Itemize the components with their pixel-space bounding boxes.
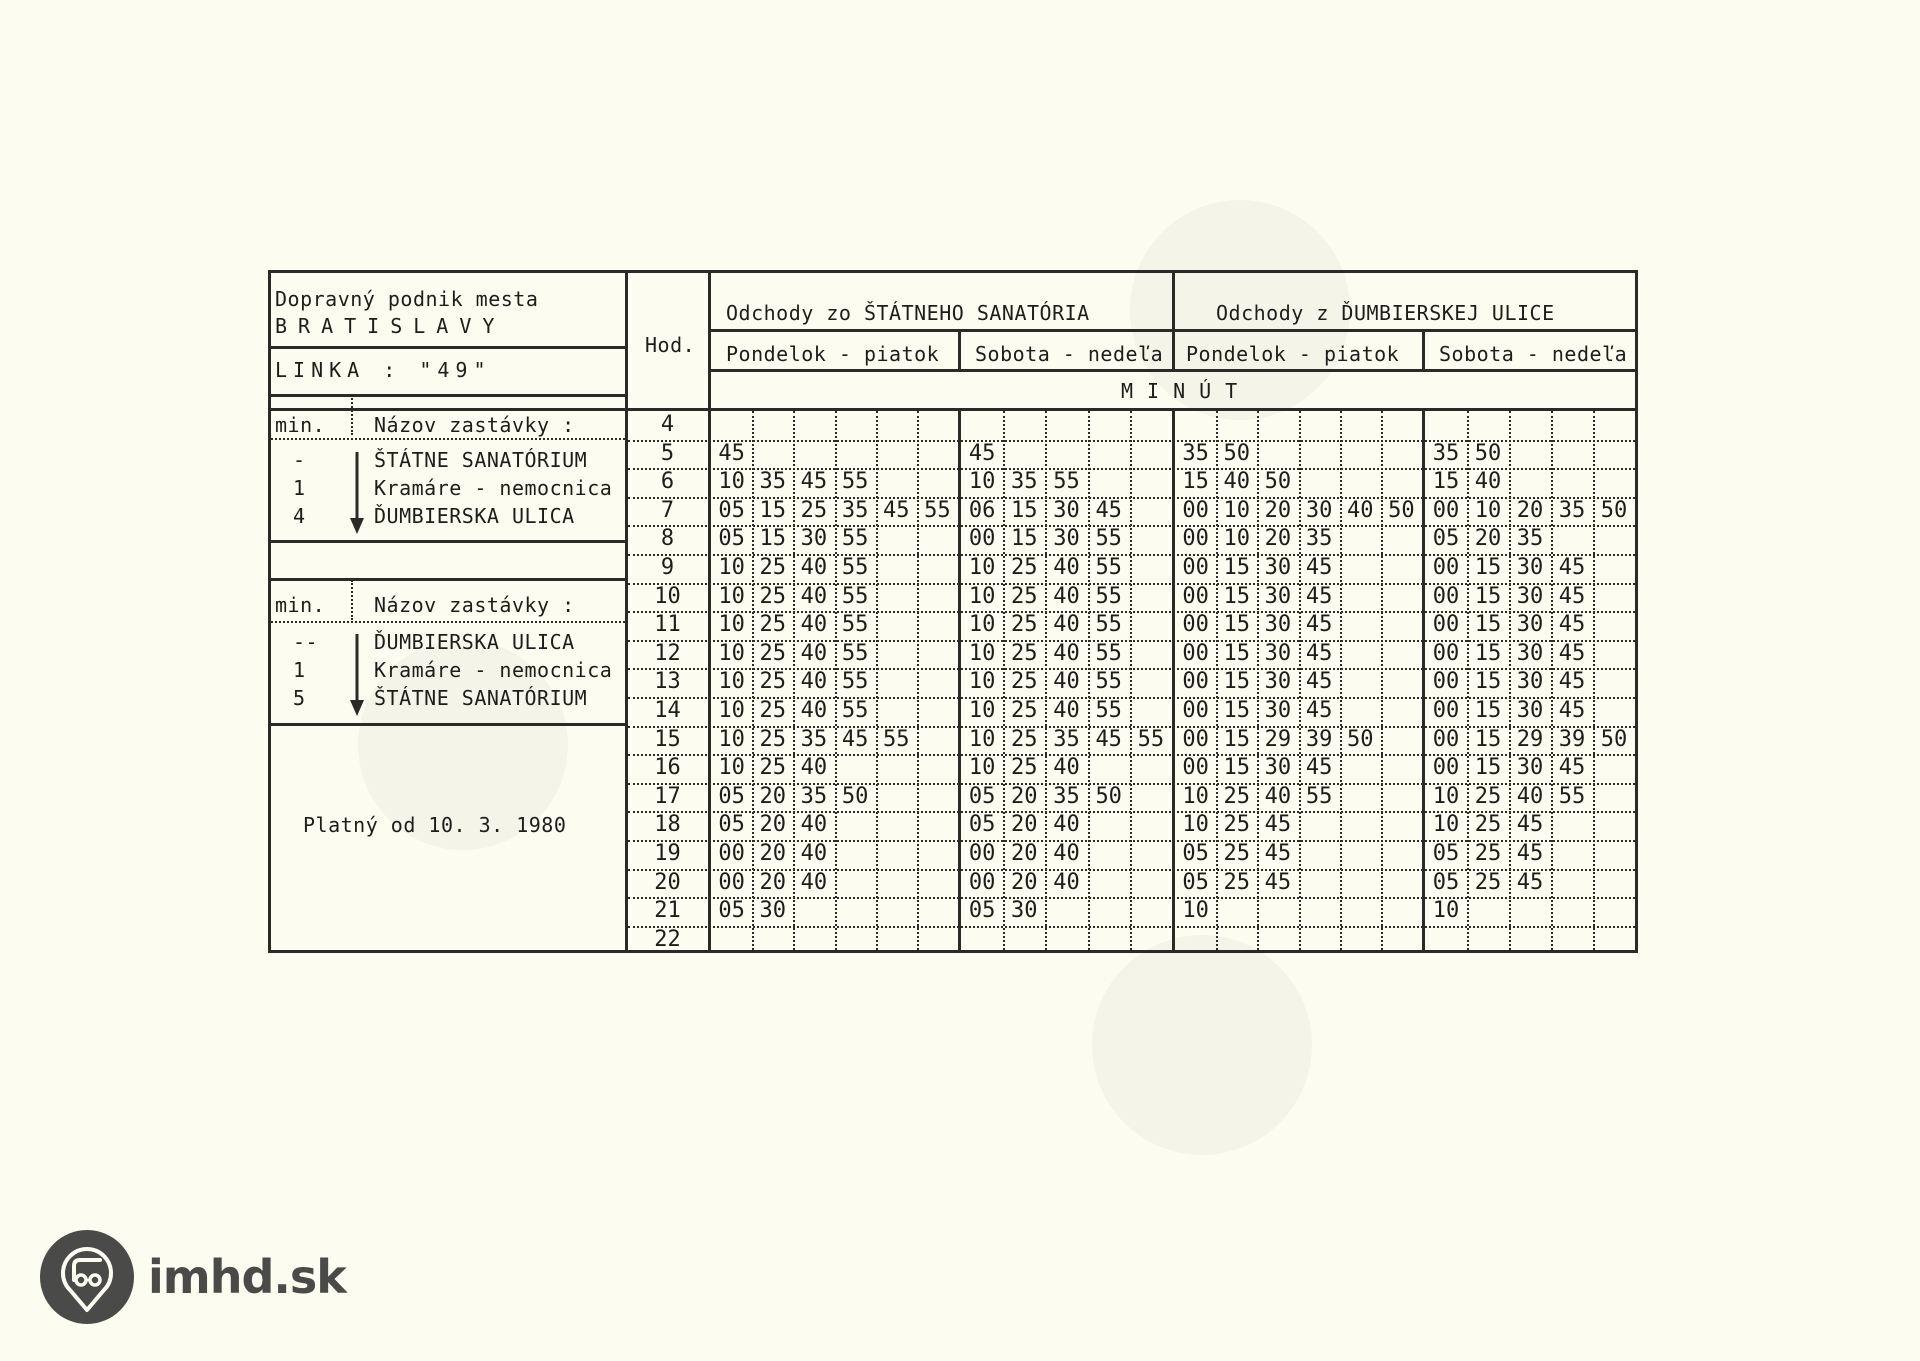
stop-name: ŠTÁTNE SANATÓRIUM xyxy=(374,686,587,710)
departure-minute: 10 xyxy=(961,726,1003,754)
departure-minute: 45 xyxy=(1509,811,1551,839)
departure-minute: 35 xyxy=(1509,525,1551,553)
hour-label: 18 xyxy=(625,811,710,839)
hour-label: 8 xyxy=(625,525,710,553)
day-weekend-1: Sobota - nedeľa xyxy=(975,342,1163,366)
departure-minute: 15 xyxy=(752,497,793,525)
departure-minute: 10 xyxy=(711,468,752,496)
departure-minute: 10 xyxy=(711,640,752,668)
stop-minutes: 1 xyxy=(293,658,306,682)
departure-minute: 25 xyxy=(752,668,793,696)
departure-minute: 30 xyxy=(1509,554,1551,582)
departure-minute: 35 xyxy=(793,783,834,811)
day-weekday-1: Pondelok - piatok xyxy=(726,342,939,366)
departure-minute: 25 xyxy=(1467,783,1509,811)
departure-minute: 20 xyxy=(1003,811,1045,839)
departure-minute: 40 xyxy=(793,697,834,725)
valid-from: Platný od 10. 3. 1980 xyxy=(303,813,566,837)
departure-minute: 40 xyxy=(793,554,834,582)
departure-minute: 25 xyxy=(752,726,793,754)
departure-minute: 50 xyxy=(1593,726,1635,754)
departure-minute: 50 xyxy=(1216,440,1257,468)
departure-minute: 40 xyxy=(1045,583,1087,611)
departure-minute: 55 xyxy=(835,668,876,696)
departure-minute: 40 xyxy=(1045,668,1087,696)
departure-minute: 25 xyxy=(1216,840,1257,868)
departure-minute: 10 xyxy=(711,583,752,611)
departure-minute: 15 xyxy=(1467,668,1509,696)
day-weekday-2: Pondelok - piatok xyxy=(1186,342,1399,366)
departure-minute: 35 xyxy=(1045,726,1087,754)
departure-minute: 45 xyxy=(1551,583,1593,611)
departure-minute: 45 xyxy=(1551,754,1593,782)
departure-minute: 30 xyxy=(752,897,793,925)
departure-minute: 30 xyxy=(1509,583,1551,611)
departure-minute: 40 xyxy=(793,754,834,782)
departure-minute: 35 xyxy=(1175,440,1216,468)
departure-minute: 00 xyxy=(1175,497,1216,525)
stop-minutes: 4 xyxy=(293,504,306,528)
departure-minute: 10 xyxy=(711,697,752,725)
stop-name: ĎUMBIERSKA ULICA xyxy=(374,504,575,528)
departure-minute: 00 xyxy=(961,869,1003,897)
departure-minute: 10 xyxy=(961,640,1003,668)
departure-minute: 30 xyxy=(1045,497,1087,525)
departure-minute: 25 xyxy=(793,497,834,525)
departure-minute: 10 xyxy=(711,668,752,696)
stop-name: ĎUMBIERSKA ULICA xyxy=(374,630,575,654)
departure-minute: 05 xyxy=(1425,525,1467,553)
departure-minute: 30 xyxy=(1003,897,1045,925)
departure-minute: 00 xyxy=(1425,554,1467,582)
departure-minute: 30 xyxy=(1257,611,1298,639)
departure-minute: 30 xyxy=(1509,640,1551,668)
departure-minute: 30 xyxy=(1257,697,1298,725)
departure-minute: 40 xyxy=(793,583,834,611)
departure-minute: 25 xyxy=(1467,840,1509,868)
departure-minute: 25 xyxy=(1003,754,1045,782)
departure-minute: 45 xyxy=(711,440,752,468)
departure-minute: 45 xyxy=(876,497,917,525)
departure-minute: 00 xyxy=(1425,583,1467,611)
departure-minute: 45 xyxy=(1299,697,1340,725)
hour-label: 10 xyxy=(625,583,710,611)
departure-minute: 30 xyxy=(1509,668,1551,696)
departure-minute: 30 xyxy=(793,525,834,553)
departure-minute: 55 xyxy=(1299,783,1340,811)
hour-label: 15 xyxy=(625,726,710,754)
departure-minute: 45 xyxy=(1299,611,1340,639)
departure-minute: 05 xyxy=(1175,869,1216,897)
departure-minute: 40 xyxy=(1216,468,1257,496)
departure-minute: 40 xyxy=(793,840,834,868)
stop-minutes: - xyxy=(293,448,306,472)
departure-minute: 55 xyxy=(835,554,876,582)
departure-minute: 50 xyxy=(1088,783,1130,811)
departure-minute: 40 xyxy=(1045,554,1087,582)
stop-minutes: 1 xyxy=(293,476,306,500)
departure-minute: 45 xyxy=(1509,869,1551,897)
departure-minute: 30 xyxy=(1045,525,1087,553)
departure-minute: 55 xyxy=(835,525,876,553)
direction-title-dumbierska: Odchody z ĎUMBIERSKEJ ULICE xyxy=(1216,301,1555,325)
departure-minute: 50 xyxy=(1593,497,1635,525)
departure-minute: 15 xyxy=(1467,611,1509,639)
departure-minute: 00 xyxy=(1175,754,1216,782)
departure-minute: 50 xyxy=(1257,468,1298,496)
departure-minute: 15 xyxy=(1467,640,1509,668)
departure-minute: 15 xyxy=(1216,640,1257,668)
departure-minute: 15 xyxy=(1003,525,1045,553)
departure-minute: 55 xyxy=(835,697,876,725)
departure-minute: 35 xyxy=(793,726,834,754)
min-header: min. xyxy=(275,413,325,437)
departure-minute: 45 xyxy=(1088,726,1130,754)
departure-minute: 50 xyxy=(1340,726,1381,754)
departure-minute: 45 xyxy=(1299,640,1340,668)
departure-minute: 25 xyxy=(1003,697,1045,725)
departure-minute: 40 xyxy=(1257,783,1298,811)
departure-minute: 05 xyxy=(1175,840,1216,868)
departure-minute: 20 xyxy=(1003,869,1045,897)
departure-minute: 25 xyxy=(1003,583,1045,611)
departure-minute: 00 xyxy=(711,869,752,897)
departure-minute: 05 xyxy=(711,811,752,839)
departure-minute: 40 xyxy=(1045,640,1087,668)
departure-minute: 25 xyxy=(1216,869,1257,897)
departure-minute: 25 xyxy=(1003,611,1045,639)
departure-minute: 05 xyxy=(961,783,1003,811)
departure-minute: 20 xyxy=(1003,840,1045,868)
departure-minute: 15 xyxy=(1216,554,1257,582)
departure-minute: 30 xyxy=(1509,697,1551,725)
departure-minute: 10 xyxy=(961,468,1003,496)
departure-minute: 39 xyxy=(1551,726,1593,754)
departure-minute: 20 xyxy=(752,783,793,811)
departure-minute: 30 xyxy=(1257,554,1298,582)
departure-minute: 10 xyxy=(711,726,752,754)
departure-minute: 29 xyxy=(1509,726,1551,754)
departure-minute: 55 xyxy=(1551,783,1593,811)
departure-minute: 55 xyxy=(1088,697,1130,725)
departure-minute: 55 xyxy=(835,611,876,639)
minutes-header: MINÚT xyxy=(1121,379,1251,403)
departure-minute: 10 xyxy=(961,611,1003,639)
departure-minute: 55 xyxy=(1088,611,1130,639)
departure-minute: 20 xyxy=(1257,497,1298,525)
direction-arrow-icon xyxy=(349,452,365,540)
departure-minute: 25 xyxy=(1467,811,1509,839)
hour-header: Hod. xyxy=(645,333,695,357)
departure-minute: 35 xyxy=(1003,468,1045,496)
departure-minute: 45 xyxy=(1551,697,1593,725)
departure-minute: 40 xyxy=(793,811,834,839)
departure-minute: 30 xyxy=(1257,668,1298,696)
day-weekend-2: Sobota - nedeľa xyxy=(1439,342,1627,366)
departure-minute: 55 xyxy=(876,726,917,754)
departure-minute: 00 xyxy=(1425,697,1467,725)
departure-minute: 35 xyxy=(1299,525,1340,553)
hour-label: 17 xyxy=(625,783,710,811)
departure-minute: 35 xyxy=(752,468,793,496)
departure-minute: 25 xyxy=(752,611,793,639)
departure-minute: 10 xyxy=(961,668,1003,696)
company-city: BRATISLAVY xyxy=(275,314,505,338)
departure-minute: 00 xyxy=(1425,668,1467,696)
company-name: Dopravný podnik mesta xyxy=(275,287,538,311)
departure-minute: 15 xyxy=(1216,583,1257,611)
brand-name: imhd.sk xyxy=(148,1250,346,1304)
departure-minute: 35 xyxy=(1551,497,1593,525)
departure-minute: 20 xyxy=(752,869,793,897)
departure-minute: 10 xyxy=(1425,811,1467,839)
departure-minute: 45 xyxy=(1551,668,1593,696)
departure-minute: 15 xyxy=(1216,754,1257,782)
departure-minute: 15 xyxy=(1467,554,1509,582)
departure-minute: 00 xyxy=(1175,583,1216,611)
departure-minute: 25 xyxy=(752,583,793,611)
hour-label: 9 xyxy=(625,554,710,582)
stop-name: ŠTÁTNE SANATÓRIUM xyxy=(374,448,587,472)
departure-minute: 55 xyxy=(1088,668,1130,696)
departure-minute: 25 xyxy=(752,640,793,668)
departure-minute: 00 xyxy=(1175,726,1216,754)
departure-minute: 45 xyxy=(1257,811,1298,839)
departure-minute: 15 xyxy=(1216,726,1257,754)
stop-header: Názov zastávky : xyxy=(374,593,575,617)
departure-minute: 25 xyxy=(1003,668,1045,696)
departure-minute: 25 xyxy=(1467,869,1509,897)
stop-minutes: -- xyxy=(293,630,318,654)
departure-minute: 00 xyxy=(1425,497,1467,525)
departure-minute: 30 xyxy=(1257,754,1298,782)
departure-minute: 45 xyxy=(961,440,1003,468)
departure-minute: 05 xyxy=(961,897,1003,925)
departure-minute: 45 xyxy=(1257,869,1298,897)
departure-minute: 55 xyxy=(835,640,876,668)
departure-minute: 00 xyxy=(1175,640,1216,668)
departure-minute: 30 xyxy=(1299,497,1340,525)
departure-minute: 10 xyxy=(1216,497,1257,525)
departure-minute: 40 xyxy=(1045,869,1087,897)
departure-minute: 40 xyxy=(1045,811,1087,839)
departure-minute: 29 xyxy=(1257,726,1298,754)
departure-minute: 45 xyxy=(1088,497,1130,525)
departure-minute: 45 xyxy=(1551,554,1593,582)
stop-name: Kramáre - nemocnica xyxy=(374,476,612,500)
departure-minute: 05 xyxy=(711,897,752,925)
departure-minute: 05 xyxy=(1425,869,1467,897)
hour-label: 21 xyxy=(625,897,710,925)
departure-minute: 25 xyxy=(1216,811,1257,839)
departure-minute: 40 xyxy=(1045,840,1087,868)
departure-minute: 20 xyxy=(752,811,793,839)
hour-label: 14 xyxy=(625,697,710,725)
departure-minute: 40 xyxy=(793,869,834,897)
departure-minute: 20 xyxy=(1509,497,1551,525)
departure-minute: 10 xyxy=(1175,783,1216,811)
departure-minute: 15 xyxy=(1467,697,1509,725)
hour-label: 4 xyxy=(625,411,710,439)
departure-minute: 45 xyxy=(835,726,876,754)
hour-label: 5 xyxy=(625,440,710,468)
departure-minute: 00 xyxy=(1175,611,1216,639)
departure-minute: 25 xyxy=(752,554,793,582)
departure-minute: 00 xyxy=(1175,554,1216,582)
stop-minutes: 5 xyxy=(293,686,306,710)
departure-minute: 00 xyxy=(711,840,752,868)
departure-minute: 30 xyxy=(1257,640,1298,668)
departure-minute: 05 xyxy=(711,783,752,811)
departure-minute: 00 xyxy=(1425,611,1467,639)
departure-minute: 45 xyxy=(1299,583,1340,611)
departure-minute: 50 xyxy=(1381,497,1422,525)
departure-minute: 06 xyxy=(961,497,1003,525)
departure-minute: 15 xyxy=(1003,497,1045,525)
departure-minute: 15 xyxy=(1216,697,1257,725)
departure-minute: 00 xyxy=(961,525,1003,553)
departure-minute: 00 xyxy=(1425,754,1467,782)
departure-minute: 40 xyxy=(793,611,834,639)
departure-minute: 30 xyxy=(1257,583,1298,611)
departure-minute: 35 xyxy=(1425,440,1467,468)
departure-minute: 05 xyxy=(961,811,1003,839)
departure-minute: 45 xyxy=(1299,754,1340,782)
departure-minute: 10 xyxy=(961,697,1003,725)
direction-title-sanatorium: Odchody zo ŠTÁTNEHO SANATÓRIA xyxy=(726,301,1090,325)
departure-minute: 10 xyxy=(1216,525,1257,553)
hour-label: 12 xyxy=(625,640,710,668)
departure-minute: 05 xyxy=(711,497,752,525)
departure-minute: 55 xyxy=(1130,726,1172,754)
departure-minute: 25 xyxy=(1003,640,1045,668)
hour-label: 7 xyxy=(625,497,710,525)
departure-minute: 10 xyxy=(961,754,1003,782)
hour-label: 19 xyxy=(625,840,710,868)
departure-minute: 10 xyxy=(711,754,752,782)
stop-name: Kramáre - nemocnica xyxy=(374,658,612,682)
departure-minute: 00 xyxy=(1425,640,1467,668)
imhd-logo: imhd.sk xyxy=(40,1230,346,1324)
line-number: LINKA : "49" xyxy=(275,358,492,382)
departure-minute: 40 xyxy=(1509,783,1551,811)
hour-label: 20 xyxy=(625,869,710,897)
departure-minute: 35 xyxy=(835,497,876,525)
departure-minute: 25 xyxy=(1003,554,1045,582)
hour-label: 22 xyxy=(625,926,710,954)
hour-label: 6 xyxy=(625,468,710,496)
departure-minute: 00 xyxy=(1175,697,1216,725)
departure-minute: 35 xyxy=(1045,783,1087,811)
departure-minute: 10 xyxy=(1175,811,1216,839)
departure-minute: 15 xyxy=(1467,754,1509,782)
departure-minute: 40 xyxy=(793,640,834,668)
departure-minute: 15 xyxy=(1425,468,1467,496)
departure-minute: 45 xyxy=(1509,840,1551,868)
departure-minute: 45 xyxy=(1551,611,1593,639)
departure-minute: 10 xyxy=(711,611,752,639)
hour-label: 16 xyxy=(625,754,710,782)
departure-minute: 45 xyxy=(1299,554,1340,582)
departure-minute: 10 xyxy=(711,554,752,582)
min-header: min. xyxy=(275,593,325,617)
imhd-pin-bus-icon xyxy=(40,1230,134,1324)
departure-minute: 55 xyxy=(1088,554,1130,582)
departure-minute: 00 xyxy=(1425,726,1467,754)
departure-minute: 10 xyxy=(1425,897,1467,925)
departure-minute: 40 xyxy=(1467,468,1509,496)
departure-minute: 00 xyxy=(961,840,1003,868)
departure-minute: 20 xyxy=(1003,783,1045,811)
departure-minute: 10 xyxy=(1425,783,1467,811)
departure-minute: 20 xyxy=(752,840,793,868)
departure-minute: 55 xyxy=(835,583,876,611)
departure-minute: 20 xyxy=(1467,525,1509,553)
departure-minute: 10 xyxy=(1467,497,1509,525)
departure-minute: 20 xyxy=(1257,525,1298,553)
departure-minute: 00 xyxy=(1175,525,1216,553)
departure-minute: 40 xyxy=(1045,697,1087,725)
departure-minute: 05 xyxy=(1425,840,1467,868)
departure-minute: 40 xyxy=(1045,611,1087,639)
departure-minute: 40 xyxy=(793,668,834,696)
departure-minute: 25 xyxy=(1003,726,1045,754)
departure-minute: 25 xyxy=(752,697,793,725)
departure-minute: 15 xyxy=(1467,726,1509,754)
departure-minute: 00 xyxy=(1175,668,1216,696)
departure-minute: 55 xyxy=(1088,640,1130,668)
departure-minute: 10 xyxy=(1175,897,1216,925)
departure-minute: 15 xyxy=(1175,468,1216,496)
departure-minute: 55 xyxy=(835,468,876,496)
hour-label: 13 xyxy=(625,668,710,696)
departure-minute: 45 xyxy=(1299,668,1340,696)
departure-minute: 25 xyxy=(752,754,793,782)
departure-minute: 10 xyxy=(961,583,1003,611)
departure-minute: 15 xyxy=(752,525,793,553)
departure-minute: 45 xyxy=(1551,640,1593,668)
departure-minute: 55 xyxy=(1088,525,1130,553)
departure-minute: 50 xyxy=(1467,440,1509,468)
watermark-logo xyxy=(1092,935,1312,1155)
departure-minute: 45 xyxy=(1257,840,1298,868)
departure-minute: 15 xyxy=(1467,583,1509,611)
departure-minute: 39 xyxy=(1299,726,1340,754)
departure-minute: 55 xyxy=(917,497,958,525)
departure-minute: 55 xyxy=(1045,468,1087,496)
departure-minute: 15 xyxy=(1216,611,1257,639)
departure-minute: 05 xyxy=(711,525,752,553)
timetable: Dopravný podnik mesta BRATISLAVY LINKA :… xyxy=(268,270,1638,953)
departure-minute: 50 xyxy=(835,783,876,811)
stop-header: Názov zastávky : xyxy=(374,413,575,437)
departure-minute: 45 xyxy=(793,468,834,496)
departure-minute: 40 xyxy=(1340,497,1381,525)
departure-minute: 30 xyxy=(1509,754,1551,782)
departure-minute: 40 xyxy=(1045,754,1087,782)
departure-minute: 55 xyxy=(1088,583,1130,611)
departure-minute: 15 xyxy=(1216,668,1257,696)
departure-minute: 30 xyxy=(1509,611,1551,639)
direction-arrow-icon xyxy=(349,634,365,722)
departure-minute: 25 xyxy=(1216,783,1257,811)
departure-minute: 10 xyxy=(961,554,1003,582)
hour-label: 11 xyxy=(625,611,710,639)
